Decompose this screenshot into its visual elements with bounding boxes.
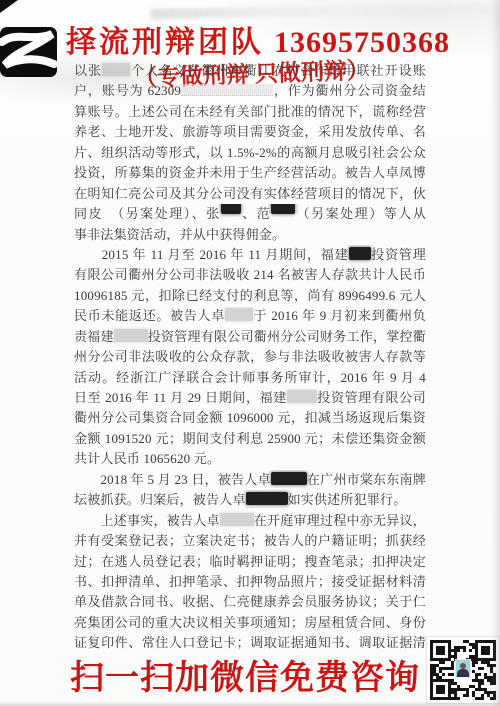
redaction-box [287, 390, 317, 403]
scan-smear-artifact [150, 3, 495, 19]
document-line: 亮集团公司的重大决议相关事项通知；房屋租赁合同、身份 [74, 613, 426, 633]
wechat-qr-code [427, 637, 499, 703]
document-line: 共计人民币 1065620 元。 [74, 449, 426, 469]
document-line: 片、组织活动等形式，以 1.5%-2%的高额月息吸引社会公众 [74, 143, 426, 163]
redaction-box [114, 329, 148, 342]
document-line: 民币未能返还。被告人卓于 2016 年 9 月初来到衢州负 [74, 306, 426, 326]
scan-edge-shadow-right [491, 0, 500, 706]
document-line: 养老、土地开发、旅游等项目需要资金，采用发放传单、名 [74, 122, 426, 142]
redaction-box [349, 247, 371, 260]
document-line: 州分公司非法吸收的公众存款，参与非法吸收被害人存款等 [74, 347, 426, 367]
document-line: 2015 年 11 月至 2016 年 11 月期间，福建投资管理 [74, 245, 426, 265]
qr-center-avatar [455, 659, 471, 678]
document-line: 坛被抓获。归案后，被告人卓如实供述所犯罪行。 [74, 490, 426, 510]
document-line: 上述事实，被告人卓在开庭审理过程中亦无异议， [74, 511, 426, 531]
document-line: 活动。经浙江广泽联合会计师事务所审计，2016 年 9 月 4 [74, 368, 426, 388]
document-line: 过；在逃人员登记表；临时羁押证明；搜查笔录；扣押决定 [74, 552, 426, 572]
avatar-body [457, 669, 469, 678]
document-line: 在明知仁亮公司及其分公司没有实体经营项目的情况下，伙 [74, 184, 426, 204]
redaction-box [225, 308, 253, 321]
document-line: 算账号。上述公司在未经有关部门批准的情况下，谎称经营 [74, 102, 426, 122]
z-ribbon-logo-icon [0, 27, 57, 77]
document-line: 同皮 （另案处理）、张、范（另案处理）等人从 [74, 204, 426, 224]
redaction-box [271, 472, 307, 485]
scan-edge-shadow-bottom [0, 701, 500, 706]
document-line: 责福建投资管理有限公司衢州分公司财务工作，掌控衢 [74, 327, 426, 347]
document-line: 金额 1091520 元；期间支付利息 25900 元；未偿还集资金额 [74, 429, 426, 449]
law-firm-logo [0, 27, 57, 77]
redaction-box [102, 63, 130, 76]
redaction-box [220, 513, 254, 526]
document-line: 10096185 元，扣除已经支付的利息等，尚有 8996499.6 元人 [74, 286, 426, 306]
document-line: 投资，所募集的资金并未用于生产经营活动。被告人卓凤博 [74, 163, 426, 183]
redaction-box [221, 204, 241, 214]
document-line: 日至 2016 年 11 月 29 日期间，福建投资管理有限公司 [74, 388, 426, 408]
document-line: 事非法集资活动，并从中获得佣金。 [74, 225, 426, 245]
document-line: 并有受案登记表；立案决定书；被告人的户籍证明；抓获经 [74, 531, 426, 551]
scan-corner-artifact [0, 0, 18, 13]
document-line: 户，账号为 62309，作为衢州分公司资金结 [74, 81, 426, 101]
wechat-cta-text: 扫一扫加微信免费咨询 [70, 650, 420, 699]
team-name: 择流刑辩团队 [66, 26, 264, 59]
document-line: 单及借款合同书、收据、仁亮健康养会员服务协议；关于仁 [74, 592, 426, 612]
document-line: 衢州分公司集资合同金额 1096000 元，扣减当场返现后集资 [74, 408, 426, 428]
redaction-box [181, 84, 273, 96]
document-body: 以张个人名义在衢州市衢江农村合作信用联社开设账户，账号为 62309，作为衢州分… [74, 61, 426, 654]
redaction-box [246, 492, 288, 505]
redaction-box [271, 204, 295, 214]
document-line: 以张个人名义在衢州市衢江农村合作信用联社开设账 [74, 61, 426, 81]
document-line: 书、扣押清单、扣押笔录、扣押物品照片；接受证据材料清 [74, 572, 426, 592]
scanned-court-document-page: 择流刑辩团队13695750368 （专做刑辩 只做刑辩） 以张个人名义在衢州市… [0, 0, 500, 706]
document-line: 有限公司衢州分公司非法吸收 214 名被害人存款共计人民币 [74, 265, 426, 285]
document-line: 2018 年 5 月 23 日，被告人卓在广州市棠东东南牌 [74, 470, 426, 490]
